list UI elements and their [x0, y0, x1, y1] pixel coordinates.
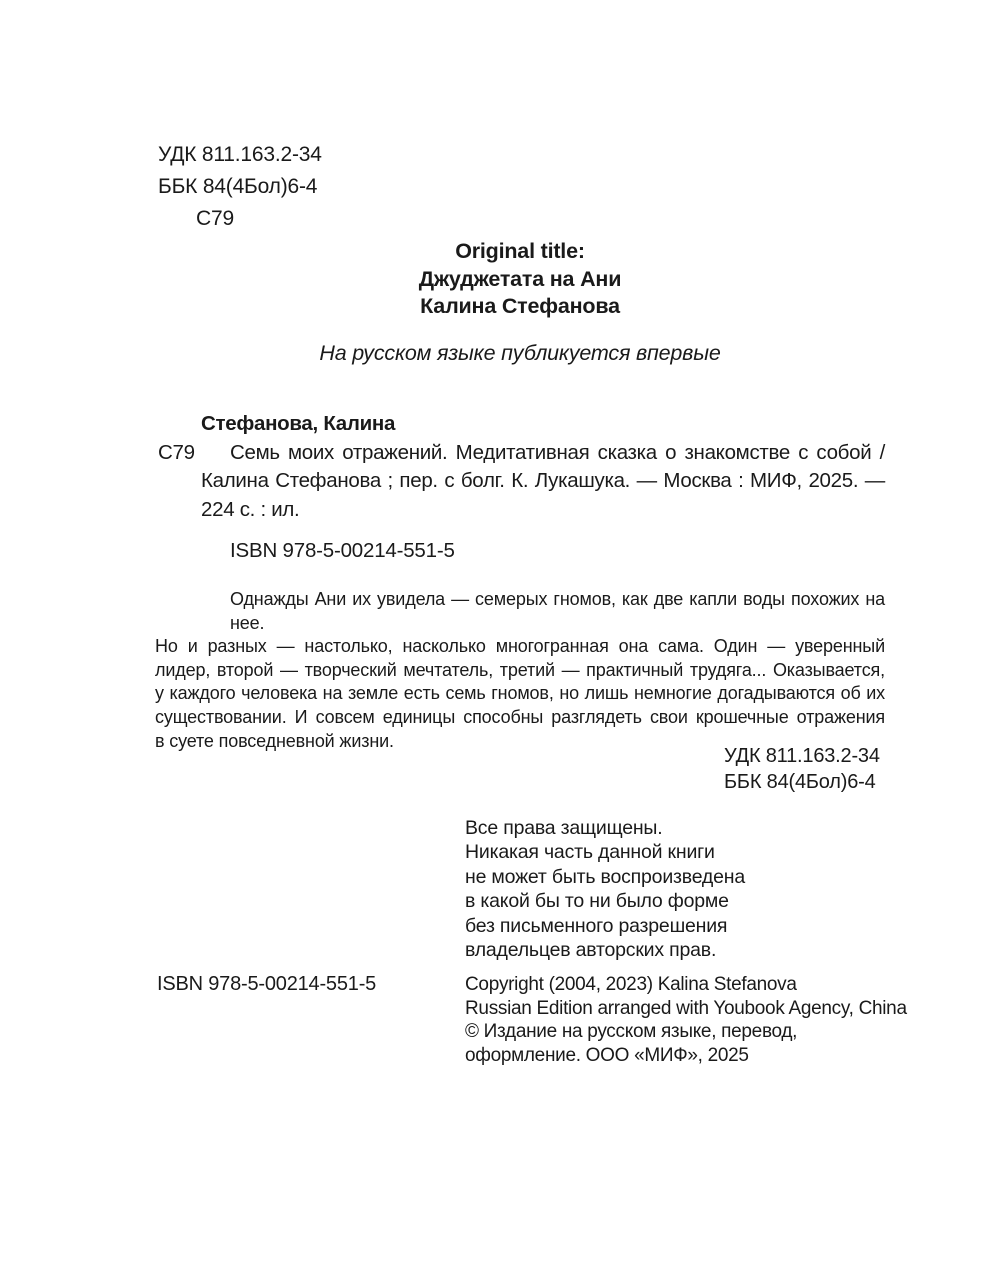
catalog-author-heading: Стефанова, Калина	[201, 410, 885, 439]
rights-line: Все права защищены.	[465, 816, 745, 840]
rights-line: в какой бы то ни было форме	[465, 889, 745, 913]
copyright-line: оформление. ООО «МИФ», 2025	[465, 1044, 907, 1068]
annotation-line: Но и разных — настолько, насколько много…	[155, 635, 885, 659]
copyright-line: Russian Edition arranged with Youbook Ag…	[465, 997, 907, 1021]
annotation-line: существовании. И совсем единицы способны…	[155, 706, 885, 730]
annotation-line: у каждого человека на земле есть семь гн…	[155, 682, 885, 706]
first-publication-note: На русском языке публикуется впервые	[155, 341, 885, 366]
author-sign: С79	[158, 203, 322, 235]
imprint-isbn: ISBN 978-5-00214-551-5	[157, 973, 376, 996]
catalog-card: Стефанова, Калина С79 Семь моих отражени…	[201, 410, 885, 525]
original-title-text: Джуджетата на Ани	[155, 266, 885, 294]
bbk-number: ББК 84(4Бол)6-4	[158, 171, 322, 203]
catalog-line: Семь моих отражений. Медитативная сказка…	[201, 439, 885, 468]
original-title-author: Калина Стефанова	[155, 293, 885, 321]
book-imprint-page: УДК 811.163.2-34 ББК 84(4Бол)6-4 С79 Ori…	[0, 0, 1000, 1282]
annotation-line: Однажды Ани их увидела — семерых гномов,…	[155, 588, 885, 635]
rights-line: не может быть воспроизведена	[465, 865, 745, 889]
rights-line: владельцев авторских прав.	[465, 938, 745, 962]
catalog-line: Калина Стефанова ; пер. с болг. К. Лукаш…	[201, 467, 885, 496]
udk-number: УДК 811.163.2-34	[158, 139, 322, 171]
copyright-block: Copyright (2004, 2023) Kalina Stefanova …	[465, 973, 907, 1067]
catalog-line: 224 с. : ил.	[201, 496, 885, 525]
rights-line: без письменного разрешения	[465, 914, 745, 938]
bbk-number: ББК 84(4Бол)6-4	[724, 769, 880, 795]
isbn-top: ISBN 978-5-00214-551-5	[230, 539, 455, 563]
annotation: Однажды Ани их увидела — семерых гномов,…	[155, 588, 885, 753]
copyright-line: Copyright (2004, 2023) Kalina Stefanova	[465, 973, 907, 997]
original-title-block: Original title: Джуджетата на Ани Калина…	[155, 238, 885, 321]
copyright-line: © Издание на русском языке, перевод,	[465, 1020, 907, 1044]
classification-bottom-block: УДК 811.163.2-34 ББК 84(4Бол)6-4	[724, 743, 880, 795]
rights-notice: Все права защищены. Никакая часть данной…	[465, 816, 745, 962]
annotation-line: лидер, второй — творческий мечтатель, тр…	[155, 659, 885, 683]
catalog-entry: С79 Семь моих отражений. Медитативная ск…	[201, 439, 885, 525]
udk-number: УДК 811.163.2-34	[724, 743, 880, 769]
catalog-author-sign: С79	[158, 439, 195, 468]
classification-top-block: УДК 811.163.2-34 ББК 84(4Бол)6-4 С79	[158, 139, 322, 235]
original-title-label: Original title:	[155, 238, 885, 266]
rights-line: Никакая часть данной книги	[465, 840, 745, 864]
